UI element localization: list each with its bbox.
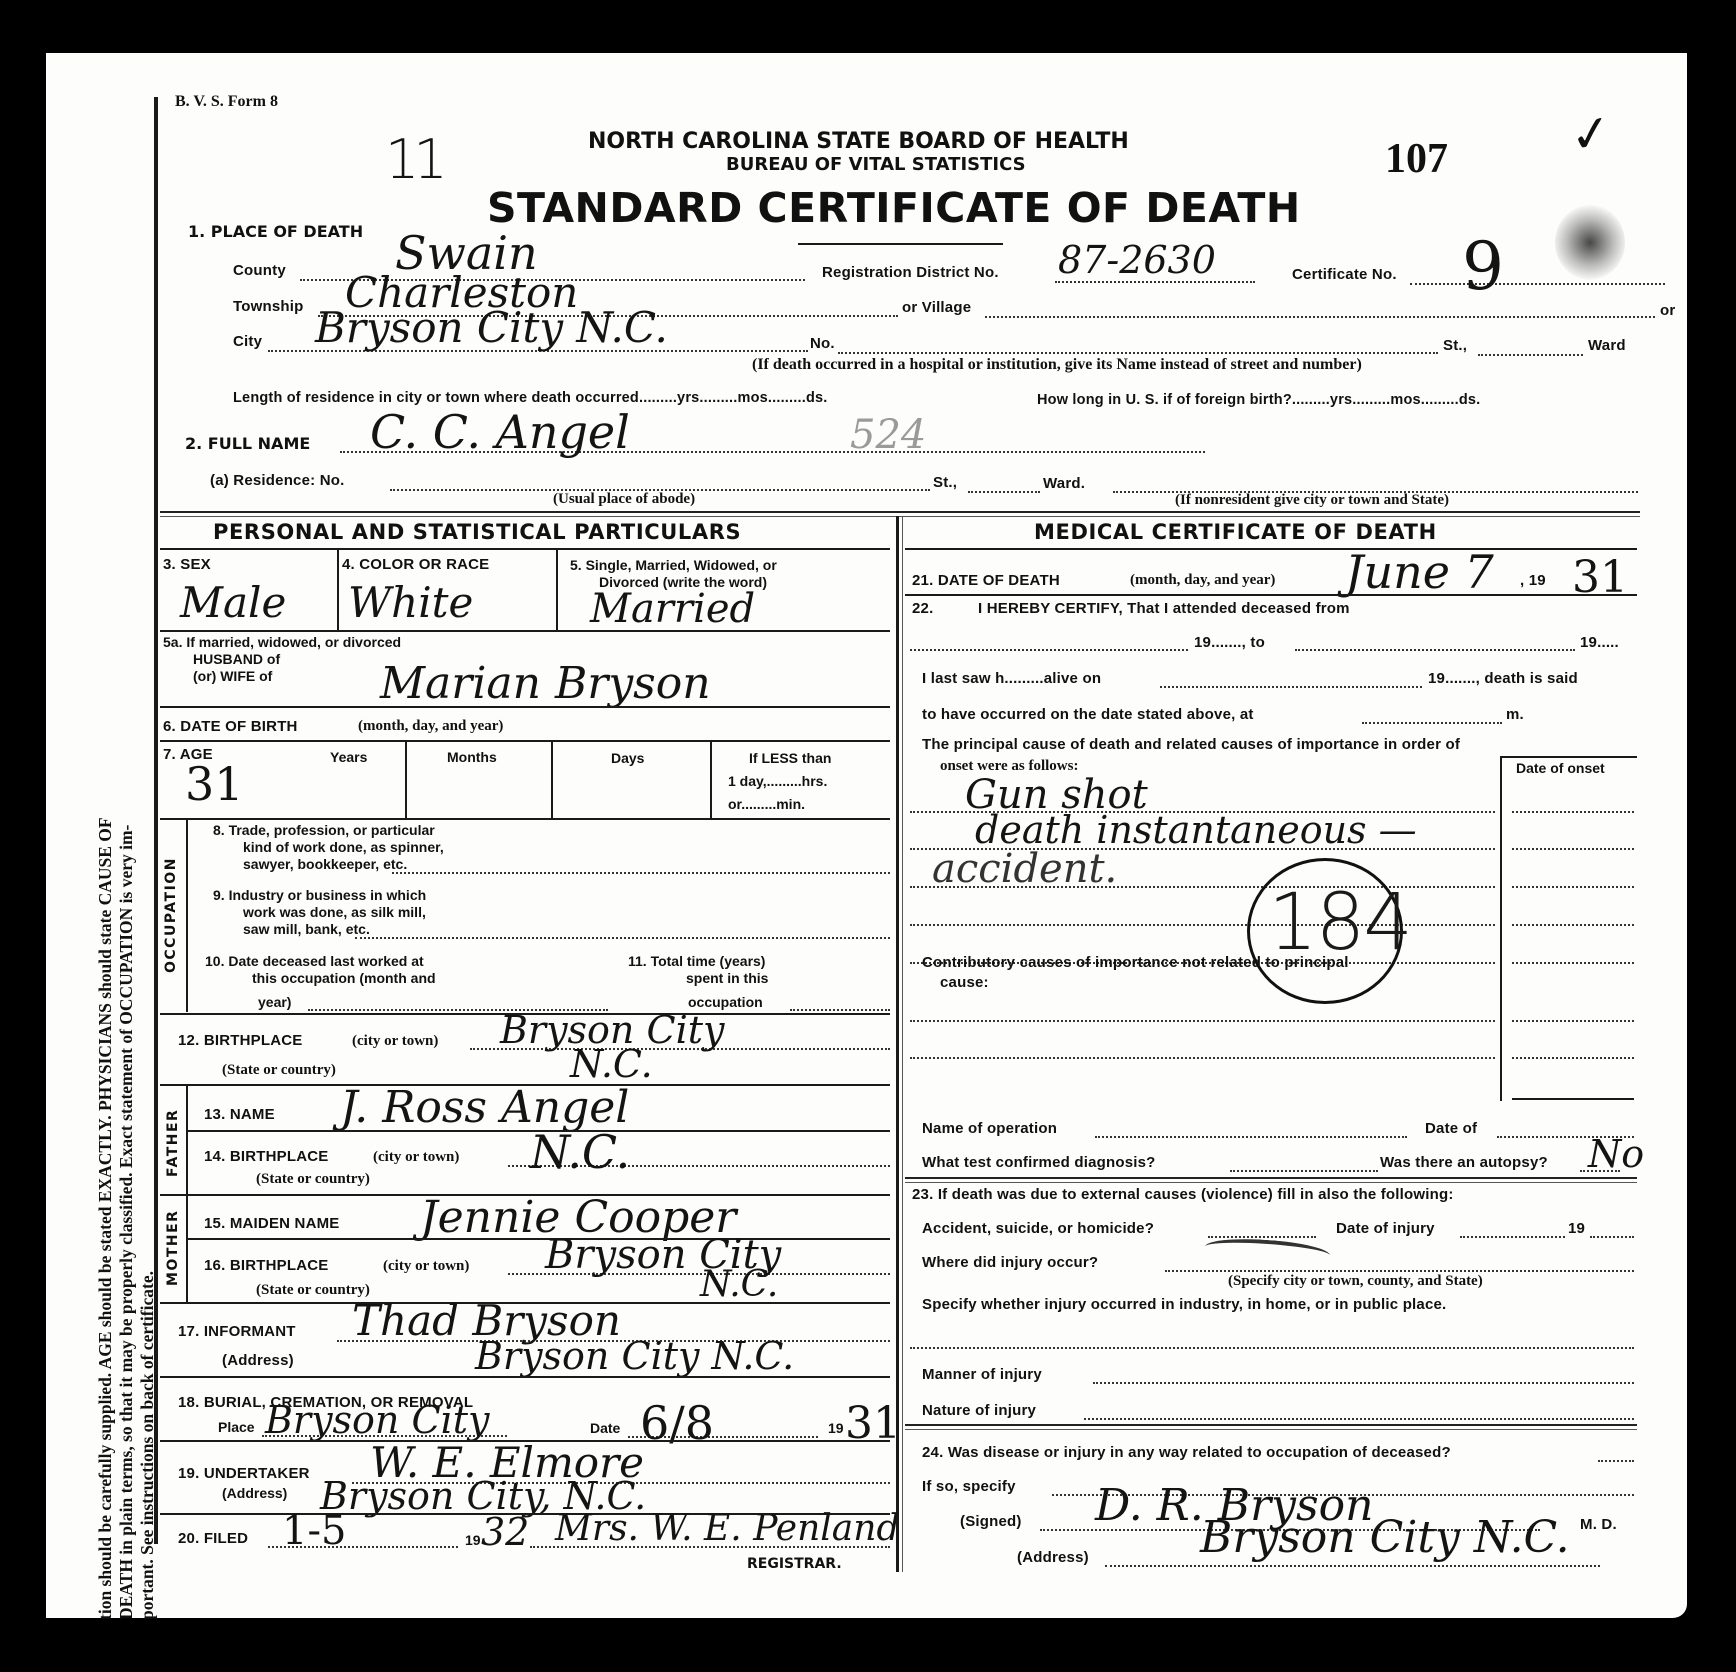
page-title: STANDARD CERTIFICATE OF DEATH [487, 184, 1301, 232]
residence-ward-label: Ward. [1043, 475, 1085, 492]
test-confirmed-label: What test confirmed diagnosis? [922, 1154, 1156, 1171]
certificate-number-line [1410, 283, 1665, 285]
sex-value[interactable]: Male [180, 578, 286, 627]
manner-of-injury-label: Manner of injury [922, 1366, 1042, 1383]
street-line [838, 352, 1438, 354]
father-name-label: 13. NAME [204, 1106, 275, 1123]
trade-label-2: kind of work done, as spinner, [243, 839, 444, 855]
father-birthplace-state-label: (State or country) [256, 1171, 370, 1188]
dob-label: 6. DATE OF BIRTH [163, 718, 298, 735]
last-worked-label-3: year) [258, 994, 291, 1010]
informant-address-label: (Address) [222, 1352, 294, 1369]
filed-date-value[interactable]: 1-5 [282, 1508, 346, 1554]
onset-line-1 [1512, 811, 1634, 813]
industry-label-1: 9. Industry or business in which [213, 887, 426, 903]
operation-line [1095, 1136, 1407, 1138]
residence-street-label: St., [933, 474, 957, 491]
village-label: or Village [902, 299, 971, 316]
nature-of-injury-line [1084, 1418, 1634, 1420]
filed-label: 20. FILED [178, 1530, 248, 1547]
residence-length-label: Length of residence in city or town wher… [233, 390, 828, 406]
onset-line-5 [1512, 962, 1634, 964]
county-label: County [233, 262, 286, 279]
injury-setting-line [910, 1347, 1634, 1349]
foreign-birth-label: How long in U. S. if of foreign birth?..… [1037, 392, 1480, 408]
external-causes-label: 23. If death was due to external causes … [912, 1186, 1454, 1203]
occupational-relation-line [1598, 1460, 1634, 1462]
street-label: St., [1443, 337, 1467, 354]
race-label: 4. COLOR OR RACE [342, 556, 489, 573]
days-label: Days [611, 750, 644, 766]
medical-section-heading: MEDICAL CERTIFICATE OF DEATH [1034, 520, 1437, 544]
full-name-annotation: 524 [850, 412, 926, 458]
father-side-label: FATHER [165, 1109, 181, 1177]
filed-year-value[interactable]: 32 [481, 1510, 529, 1554]
onset-bottom-rule [1512, 1098, 1634, 1100]
months-label: Months [447, 749, 497, 765]
column-divider-inner [902, 516, 903, 1572]
residence-street-line [968, 491, 1040, 493]
occupational-relation-label: 24. Was disease or injury in any way rel… [922, 1444, 1451, 1461]
occurred-time-line [1362, 722, 1502, 724]
burial-date-label: Date [590, 1420, 620, 1436]
contributory-label-2: cause: [940, 974, 989, 991]
medical-heading-rule [905, 548, 1637, 550]
age-divider-1 [405, 742, 407, 818]
certify-number: 22. [912, 600, 933, 617]
accident-type-label: Accident, suicide, or homicide? [922, 1220, 1154, 1237]
father-birthplace-value[interactable]: N.C. [530, 1125, 630, 1179]
personal-section-heading: PERSONAL AND STATISTICAL PARTICULARS [213, 520, 741, 544]
trade-label-3: sawyer, bookkeeper, etc. [243, 856, 407, 872]
physician-address-value[interactable]: Bryson City N.C. [1200, 1512, 1570, 1563]
injury-date-label: Date of injury [1336, 1220, 1435, 1237]
mother-birthplace-hint: (city or town) [383, 1258, 469, 1275]
date-onset-divider [1500, 756, 1502, 1101]
last-saw-line [1160, 686, 1422, 688]
ink-smudge [1555, 205, 1625, 280]
years-label: Years [330, 749, 367, 765]
injury-location-label: Where did injury occur? [922, 1254, 1098, 1271]
certificate-number-label: Certificate No. [1292, 266, 1397, 283]
spouse-label-2: HUSBAND of [193, 651, 280, 667]
age-divider-2 [551, 742, 553, 818]
father-birthplace-label: 14. BIRTHPLACE [204, 1148, 329, 1165]
injury-rule [905, 1424, 1637, 1430]
birthplace-state-value[interactable]: N.C. [570, 1042, 653, 1086]
occupation-side-label: OCCUPATION [163, 857, 179, 973]
trade-line [392, 872, 890, 874]
registration-district-label: Registration District No. [822, 264, 999, 281]
informant-address-value[interactable]: Bryson City N.C. [475, 1334, 794, 1378]
death-is-said-label: 19......., death is said [1428, 670, 1578, 687]
full-name-label: 2. FULL NAME [185, 434, 310, 453]
father-birthplace-hint: (city or town) [373, 1149, 459, 1166]
onset-line-3 [1512, 886, 1634, 888]
minutes-label: or.........min. [728, 796, 805, 812]
margin-instruction-text-3: DEATH in plain terms, so that it may be … [116, 825, 136, 1620]
margin-instruction-text-2: tion should be carefully supplied. AGE s… [95, 817, 115, 1620]
contributory-label-1: Contributory causes of importance not re… [922, 954, 1349, 971]
mother-side-label: MOTHER [165, 1210, 181, 1286]
row-rule-9 [160, 1376, 890, 1378]
contributory-line-1 [910, 1020, 1495, 1022]
section-divider [160, 511, 1640, 517]
date-of-death-value[interactable]: June 7 [1345, 545, 1494, 599]
full-name-value[interactable]: C. C. Angel [370, 405, 630, 459]
accident-type-line [1208, 1236, 1316, 1238]
autopsy-label: Was there an autopsy? [1380, 1154, 1548, 1171]
marital-label-1: 5. Single, Married, Widowed, or [570, 557, 777, 573]
informant-label: 17. INFORMANT [178, 1323, 296, 1340]
registrar-signature[interactable]: Mrs. W. E. Penland [555, 1508, 900, 1549]
contributory-onset-line-1 [1512, 1020, 1634, 1022]
residence-label: (a) Residence: No. [210, 472, 344, 489]
or-label: or [1660, 302, 1675, 319]
birthplace-hint: (city or town) [352, 1033, 438, 1050]
date-of-onset-label: Date of onset [1516, 760, 1605, 776]
stamp-number: 107 [1385, 135, 1448, 183]
operation-label: Name of operation [922, 1120, 1057, 1137]
less-than-label: If LESS than [749, 750, 831, 766]
form-id: B. V. S. Form 8 [175, 93, 278, 111]
margin-instruction-line-2: DEATH in plain terms, so that it may be … [116, 825, 137, 1620]
total-time-label-1: 11. Total time (years) [628, 953, 765, 969]
occupation-side-rule [186, 820, 188, 1012]
township-label: Township [233, 298, 303, 315]
village-line [985, 316, 1655, 318]
attended-to-line [1295, 649, 1575, 651]
burial-year-prefix: 19 [828, 1420, 844, 1436]
total-time-line [790, 1009, 890, 1011]
nonresident-note: (If nonresident give city or town and St… [1175, 492, 1449, 509]
age-divider-3 [710, 742, 712, 818]
city-value[interactable]: Bryson City N.C. [315, 303, 668, 352]
corner-handwritten-mark: 11 [385, 128, 442, 191]
injury-location-line [1165, 1270, 1634, 1272]
burial-place-label: Place [218, 1419, 255, 1435]
marital-value[interactable]: Married [590, 586, 755, 632]
attended-from-line [910, 649, 1188, 651]
operation-date-label: Date of [1425, 1120, 1477, 1137]
hospital-note: (If death occurred in a hospital or inst… [752, 356, 1362, 374]
industry-label-2: work was done, as silk mill, [243, 904, 426, 920]
manner-of-injury-line [1093, 1382, 1634, 1384]
onset-line-2 [1512, 848, 1634, 850]
race-marital-divider [556, 550, 558, 630]
burial-place-value[interactable]: Bryson City [265, 1398, 489, 1442]
row-rule-4 [160, 818, 890, 820]
mother-name-rule [188, 1238, 890, 1240]
registration-district-value[interactable]: 87-2630 [1058, 238, 1216, 282]
dob-hint: (month, day, and year) [358, 718, 503, 735]
mother-birthplace-label: 16. BIRTHPLACE [204, 1257, 329, 1274]
industry-label-3: saw mill, bank, etc. [243, 921, 370, 937]
autopsy-rule [905, 1177, 1637, 1183]
city-label: City [233, 333, 262, 350]
if-so-specify-label: If so, specify [922, 1478, 1016, 1495]
md-label: M. D. [1580, 1516, 1617, 1533]
row-rule-1 [160, 630, 890, 632]
date-of-death-label: 21. DATE OF DEATH [912, 572, 1060, 589]
date-of-death-year-prefix: , 19 [1520, 572, 1546, 589]
injury-location-hint: (Specify city or town, county, and State… [1228, 1273, 1483, 1290]
mother-side-rule [186, 1196, 188, 1302]
margin-instruction-line-1: tion should be carefully supplied. AGE s… [95, 817, 116, 1620]
spouse-label-1: 5a. If married, widowed, or divorced [163, 634, 401, 650]
bureau-name: BUREAU OF VITAL STATISTICS [726, 154, 1026, 175]
total-time-label-2: spent in this [686, 970, 768, 986]
mother-name-label: 15. MAIDEN NAME [204, 1215, 340, 1232]
age-years-value[interactable]: 31 [185, 757, 244, 811]
row-rule-2 [160, 706, 890, 708]
contributory-line-2 [910, 1057, 1495, 1059]
test-confirmed-line [1230, 1170, 1378, 1172]
industry-line [355, 937, 890, 939]
injury-year-line [1590, 1236, 1634, 1238]
row-rule-3 [160, 740, 890, 742]
last-worked-label-1: 10. Date deceased last worked at [205, 953, 424, 969]
birthplace-label: 12. BIRTHPLACE [178, 1032, 303, 1049]
father-side-rule [186, 1086, 188, 1194]
injury-date-line [1460, 1236, 1565, 1238]
mother-birthplace-state-value[interactable]: N.C. [700, 1264, 778, 1305]
checkmark-icon: ✓ [1566, 102, 1616, 165]
last-saw-label: I last saw h.........alive on [922, 670, 1101, 687]
title-underline [798, 243, 1003, 245]
undertaker-label: 19. UNDERTAKER [178, 1465, 310, 1482]
place-of-death-label: 1. PLACE OF DEATH [188, 222, 363, 241]
date-of-death-hint: (month, day, and year) [1130, 572, 1275, 589]
physician-address-label: (Address) [1017, 1549, 1089, 1566]
abode-note: (Usual place of abode) [553, 491, 695, 508]
contributory-onset-line-2 [1512, 1057, 1634, 1059]
date-onset-top-rule [1500, 756, 1637, 758]
injury-setting-label: Specify whether injury occurred in indus… [922, 1296, 1446, 1313]
agency-name: NORTH CAROLINA STATE BOARD OF HEALTH [588, 129, 1129, 154]
filed-year-prefix: 19 [465, 1532, 481, 1548]
principal-cause-label-1: The principal cause of death and related… [922, 736, 1460, 753]
registrar-label: REGISTRAR. [747, 1556, 842, 1572]
injury-year-prefix: 19 [1568, 1220, 1585, 1237]
occurred-at-label: to have occurred on the date stated abov… [922, 706, 1254, 723]
race-value[interactable]: White [348, 578, 473, 627]
street-number-label: No. [810, 335, 835, 352]
last-worked-label-2: this occupation (month and [252, 970, 436, 986]
ward-label: Ward [1588, 337, 1626, 354]
trade-label-1: 8. Trade, profession, or particular [213, 822, 435, 838]
spouse-label-3: (or) WIFE of [193, 668, 272, 684]
nature-of-injury-label: Nature of injury [922, 1402, 1036, 1419]
certify-statement: I HEREBY CERTIFY, That I attended deceas… [978, 600, 1350, 617]
certificate-number-value[interactable]: 9 [1462, 228, 1504, 305]
autopsy-value[interactable]: No [1588, 1132, 1644, 1176]
onset-line-4 [1512, 924, 1634, 926]
attended-from-to-label: 19......., to [1194, 634, 1265, 651]
spouse-value[interactable]: Marian Bryson [380, 658, 711, 709]
sex-label: 3. SEX [163, 556, 211, 573]
sex-race-divider [337, 550, 339, 630]
hours-label: 1 day,.........hrs. [728, 773, 827, 789]
meridiem-label: m. [1506, 706, 1524, 723]
attended-to-year: 19..... [1580, 634, 1619, 651]
left-border-rule [154, 97, 158, 1544]
undertaker-address-label: (Address) [222, 1485, 287, 1501]
birthplace-state-label: (State or country) [222, 1062, 336, 1079]
physician-address-line [1105, 1565, 1600, 1567]
signed-label: (Signed) [960, 1513, 1022, 1530]
date-of-death-rule [905, 594, 1637, 596]
ward-line [1478, 354, 1583, 356]
personal-heading-rule [160, 548, 890, 550]
